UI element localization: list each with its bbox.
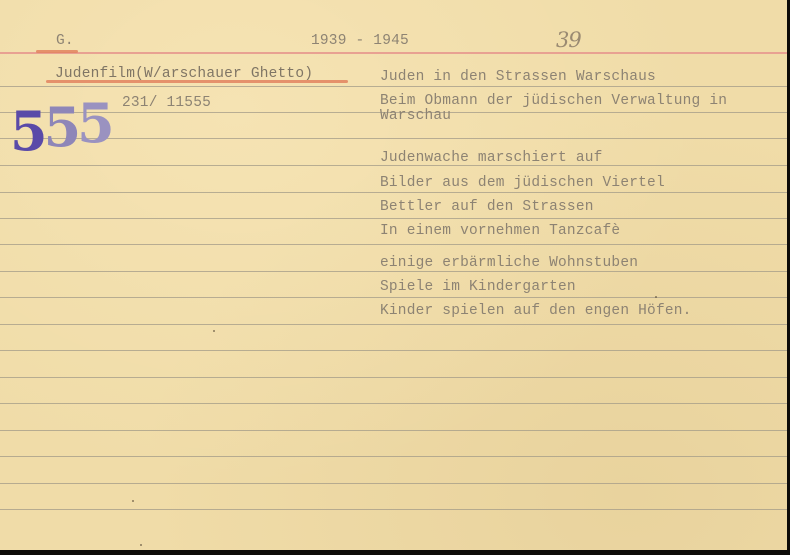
scene-item: Kinder spielen auf den engen Höfen. [380, 304, 692, 319]
ruled-line [0, 138, 787, 139]
ruled-line [0, 86, 787, 87]
ruled-line [0, 350, 787, 351]
stamped-number: 555 [10, 98, 111, 152]
scene-item: Bettler auf den Strassen [380, 200, 594, 215]
ruled-line [0, 377, 787, 378]
scene-item: Judenwache marschiert auf [380, 151, 603, 166]
ruled-line [0, 403, 787, 404]
scene-item: einige erbärmliche Wohnstuben [380, 256, 638, 271]
scene-item: Bilder aus dem jüdischen Viertel [380, 176, 665, 191]
stamp-digit: 5 [44, 100, 78, 154]
ruled-line [0, 324, 787, 325]
ruled-line [0, 430, 787, 431]
paper-speck [132, 500, 134, 502]
scene-item-continuation: Warschau [380, 109, 451, 124]
paper-speck [213, 330, 215, 332]
scene-item: In einem vornehmen Tanzcafè [380, 224, 620, 239]
reference-number: 231/ 11555 [122, 96, 211, 111]
ruled-line [0, 297, 787, 298]
film-title: Judenfilm(W/arschauer Ghetto) [55, 67, 313, 82]
ruled-line [0, 192, 787, 193]
stamp-digit: 5 [77, 96, 111, 150]
archive-index-card: G. 1939 - 1945 39 Judenfilm(W/arschauer … [0, 0, 787, 550]
ruled-line [0, 218, 787, 219]
ruled-line [0, 456, 787, 457]
paper-speck [655, 296, 657, 298]
category-code: G. [56, 34, 74, 49]
scene-item: Spiele im Kindergarten [380, 280, 576, 295]
ruled-line [0, 509, 787, 510]
ruled-line [0, 244, 787, 245]
handwritten-card-number: 39 [556, 28, 581, 52]
ruled-line [0, 483, 787, 484]
header-red-rule [0, 52, 787, 54]
period-range: 1939 - 1945 [311, 34, 409, 49]
paper-speck [140, 544, 142, 546]
scene-item: Juden in den Strassen Warschaus [380, 70, 656, 85]
ruled-line [0, 271, 787, 272]
scene-item: Beim Obmann der jüdischen Verwaltung in [380, 94, 727, 109]
category-red-underline [36, 50, 78, 53]
stamp-digit: 5 [10, 104, 44, 158]
